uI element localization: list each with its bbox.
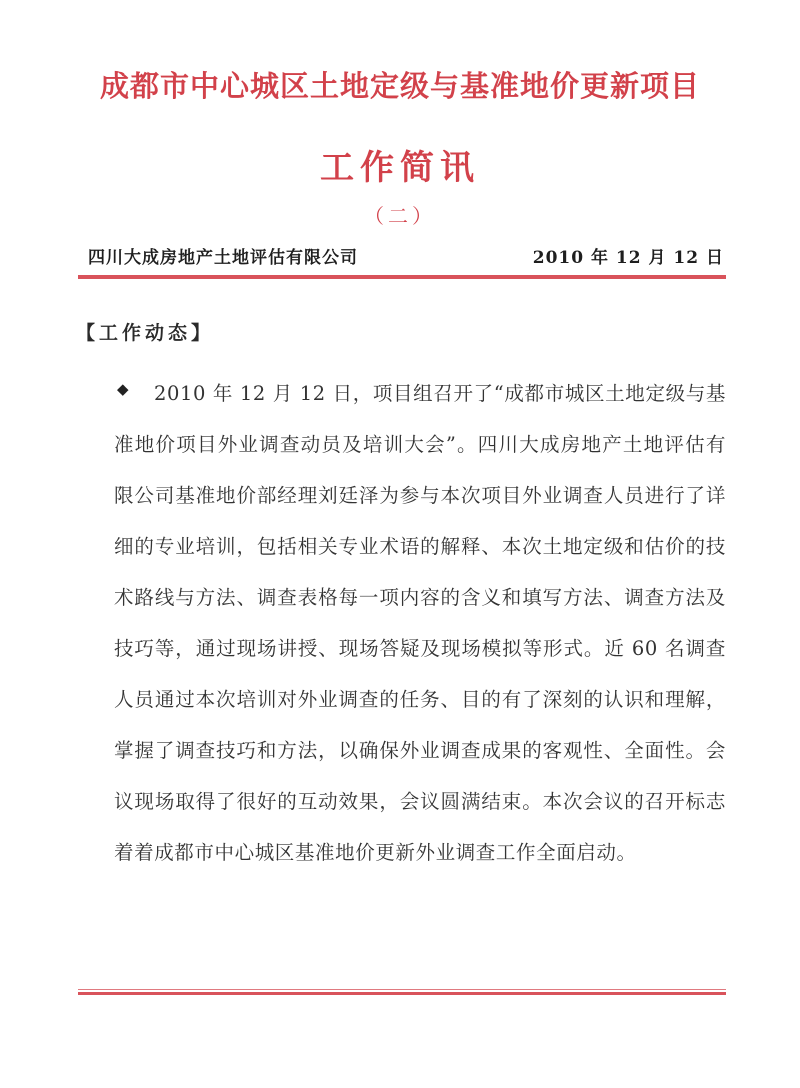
- publisher-organization: 四川大成房地产土地评估有限公司: [88, 243, 358, 268]
- newsletter-title: 工作简讯: [0, 140, 800, 189]
- news-body: 2010 年 12 月 12 日，项目组召开了“成都市城区土地定级与基准地价项目…: [114, 368, 726, 878]
- section-heading: 【工作动态】: [76, 318, 214, 345]
- footer-divider-thick: [78, 992, 726, 995]
- news-paragraph: 2010 年 12 月 12 日，项目组召开了“成都市城区土地定级与基准地价项目…: [114, 368, 726, 878]
- newsletter-project-title: 成都市中心城区土地定级与基准地价更新项目: [0, 64, 800, 105]
- publish-date: 2010 年 12 月 12 日: [533, 243, 724, 268]
- issue-number: （二）: [0, 200, 800, 229]
- footer-divider-thin: [78, 989, 726, 990]
- header-divider: [78, 275, 726, 279]
- publisher-row: 四川大成房地产土地评估有限公司 2010 年 12 月 12 日: [88, 243, 724, 268]
